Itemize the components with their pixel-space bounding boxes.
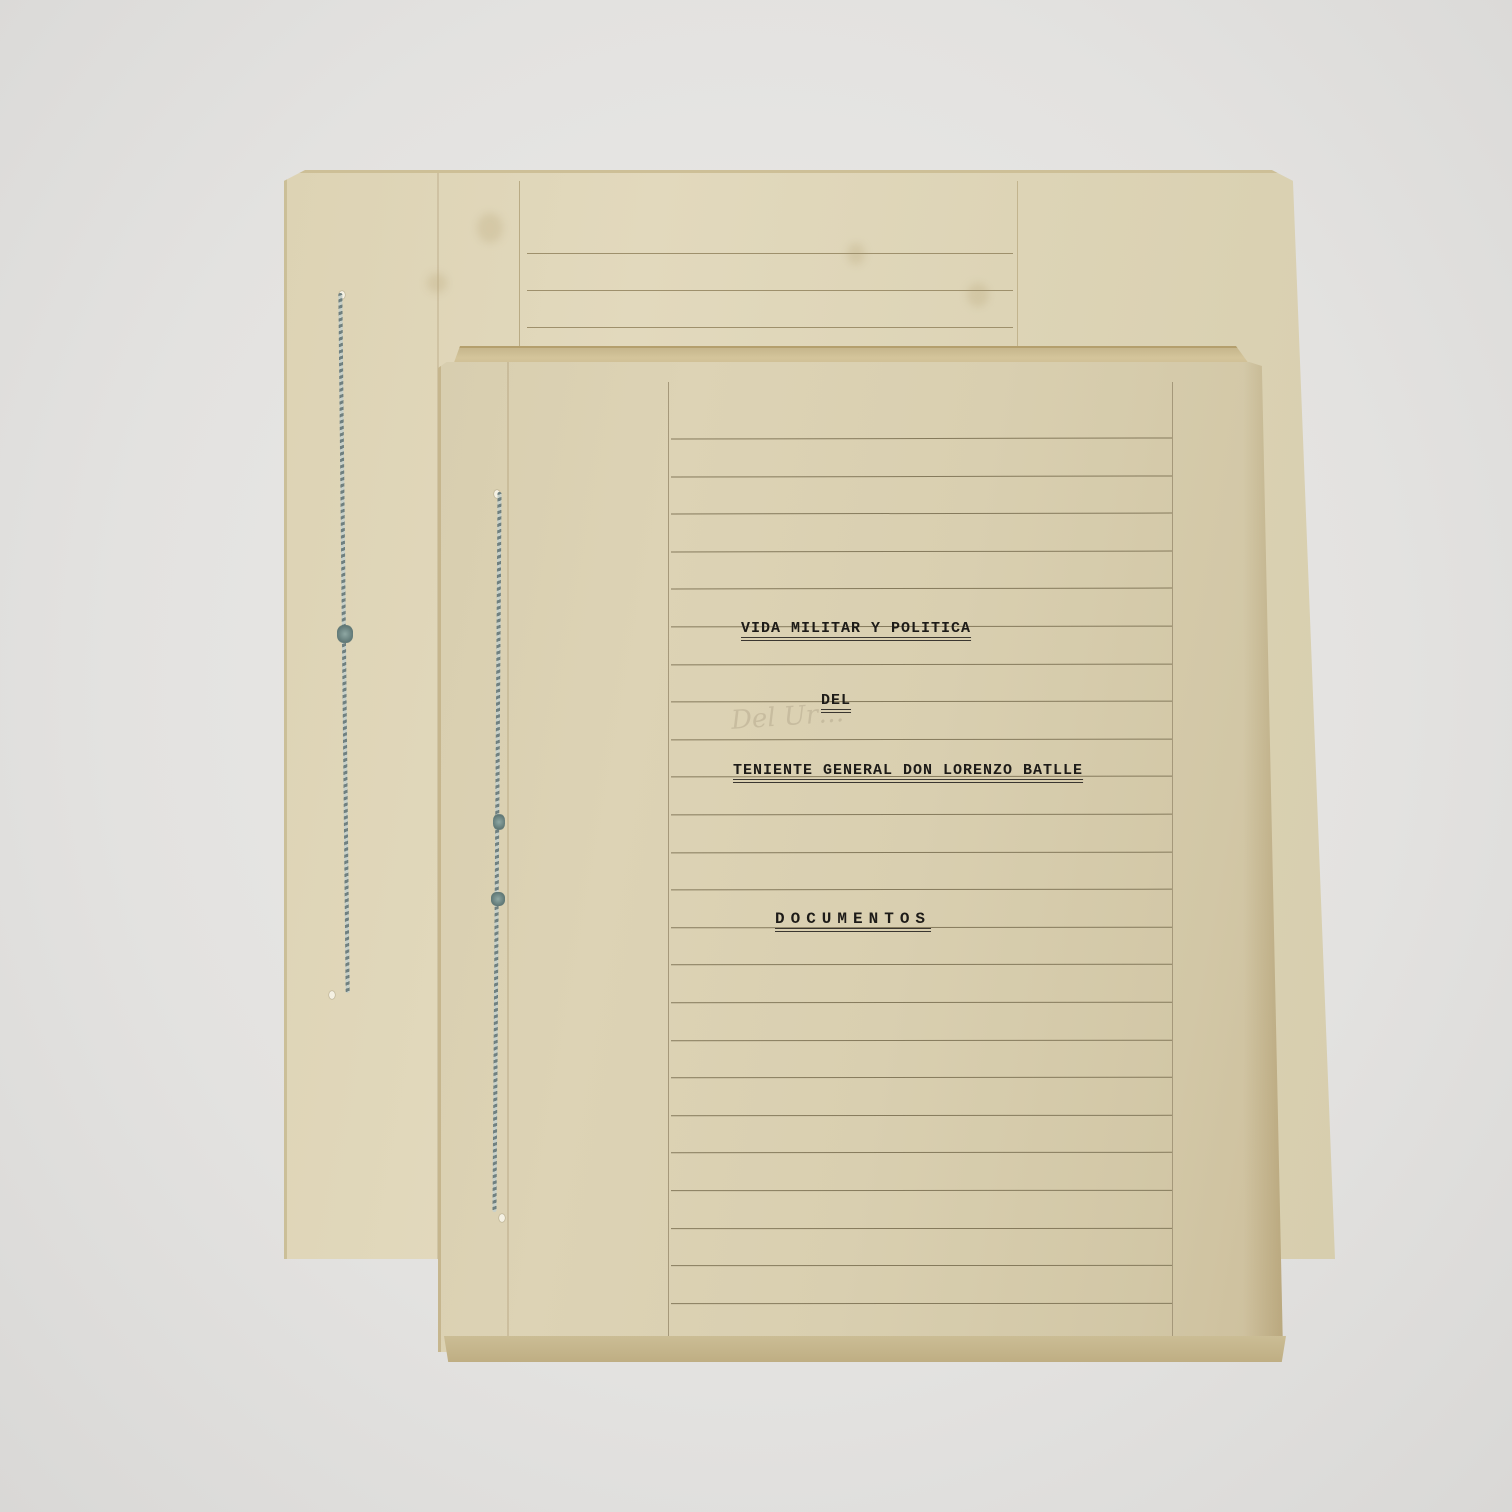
title-line-3: TENIENTE GENERAL DON LORENZO BATLLE	[733, 762, 1083, 779]
ruled-line	[671, 1303, 1172, 1304]
margin-line	[668, 382, 669, 1342]
ruled-line	[671, 1002, 1172, 1004]
margin-line	[1172, 382, 1173, 1342]
thread-knot	[491, 892, 505, 906]
binding-hole	[329, 991, 335, 999]
stain	[477, 213, 503, 243]
ruled-line	[671, 1152, 1172, 1153]
ruled-line	[671, 738, 1172, 740]
ruled-line	[671, 437, 1172, 439]
ruled-line	[527, 290, 1013, 291]
ruled-line	[671, 1190, 1172, 1191]
binding-thread	[338, 293, 349, 993]
ruled-line	[527, 253, 1013, 254]
title-line-1: VIDA MILITAR Y POLITICA	[741, 620, 971, 637]
front-folder: Del Ur… VIDA MILITAR Y POLITICA DEL TENI…	[438, 362, 1283, 1352]
ruled-line	[671, 851, 1172, 853]
ruled-line	[671, 475, 1172, 477]
ruled-line	[671, 889, 1172, 891]
ruled-line	[671, 701, 1172, 703]
ruled-line	[671, 513, 1172, 515]
ruled-line	[671, 550, 1172, 552]
thread-knot	[493, 814, 505, 830]
ruled-line	[671, 588, 1172, 590]
page-stack-bottom-edge	[444, 1336, 1286, 1362]
stain	[847, 243, 865, 265]
stain	[967, 283, 989, 307]
photo-scene: Del Ur… VIDA MILITAR Y POLITICA DEL TENI…	[0, 0, 1512, 1512]
stain	[427, 273, 447, 293]
ruled-line	[671, 814, 1172, 816]
ruled-line	[671, 1265, 1172, 1266]
ruled-line	[671, 1227, 1172, 1228]
ruled-line	[671, 964, 1172, 966]
ruled-line	[671, 1077, 1172, 1078]
subtitle: DOCUMENTOS	[775, 910, 931, 928]
binding-fold	[507, 362, 509, 1352]
ruled-line	[527, 327, 1013, 328]
ruled-line	[671, 1039, 1172, 1040]
binding-thread	[492, 492, 501, 1212]
thread-knot	[337, 625, 353, 643]
ruled-line	[671, 1115, 1172, 1116]
title-line-2: DEL	[821, 692, 851, 709]
binding-hole	[499, 1214, 505, 1222]
ruled-line	[671, 663, 1172, 665]
